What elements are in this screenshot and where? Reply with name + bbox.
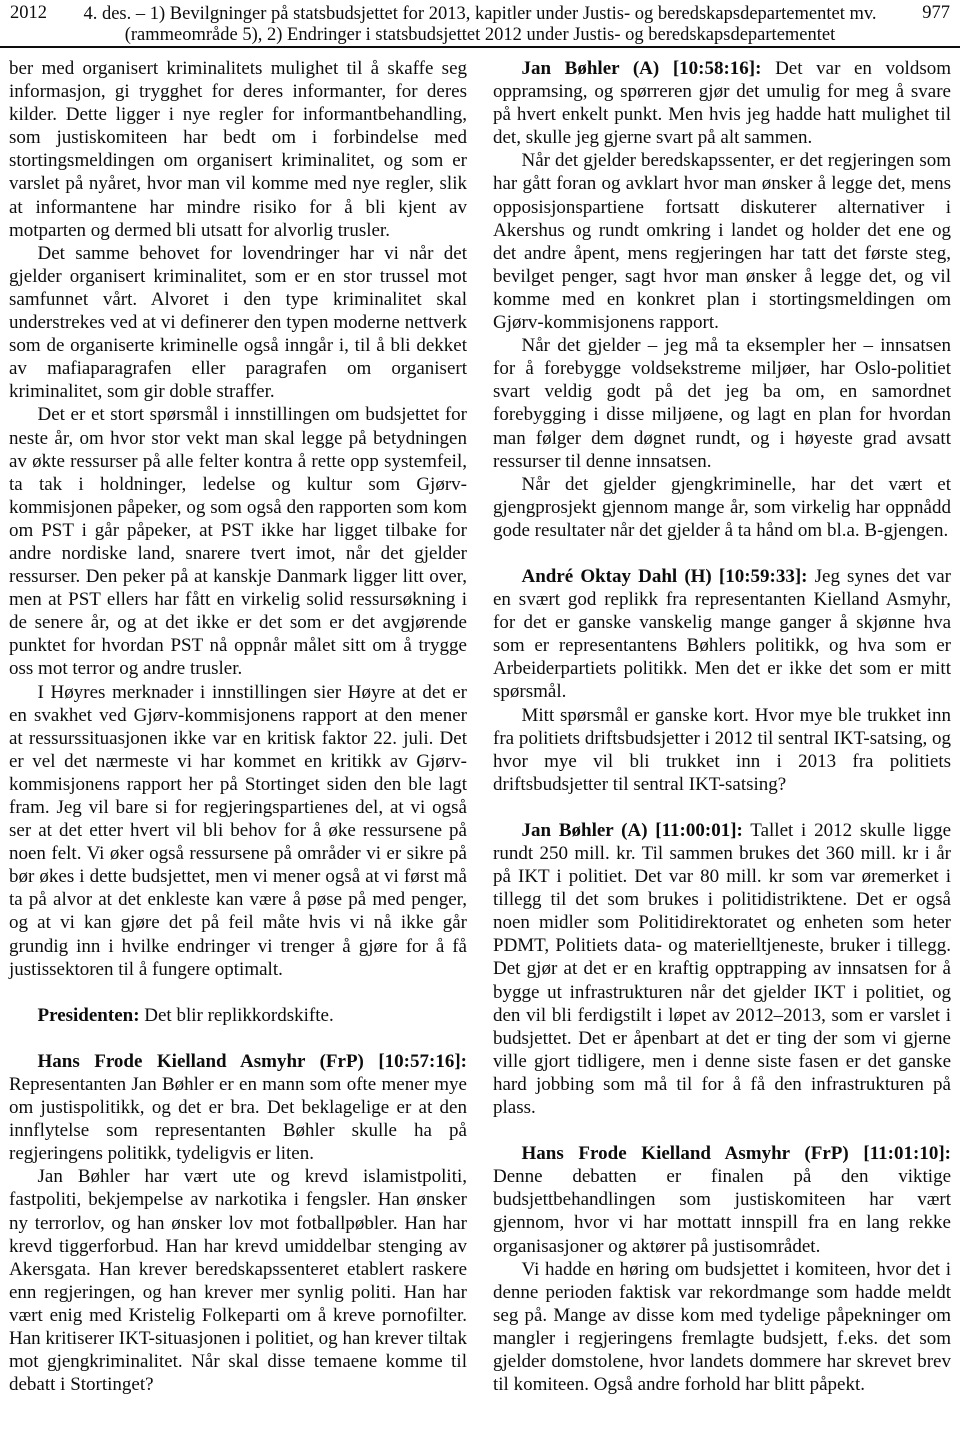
speaker-label: Jan Bøhler (A) [10:58:16]: <box>522 58 762 79</box>
speaker-label: Presidenten: <box>38 1005 140 1026</box>
body-paragraph: Det er et stort spørsmål i innstillingen… <box>9 403 467 680</box>
right-column: Jan Bøhler (A) [10:58:16]: Det var en vo… <box>493 57 951 1396</box>
header-title: 4. des. – 1) Bevilgninger på statsbudsje… <box>70 4 890 46</box>
left-column: ber med organisert kriminalitets mulighe… <box>9 57 467 1396</box>
body-paragraph: Vi hadde en høring om budsjettet i komit… <box>493 1258 951 1397</box>
speech-paragraph: Hans Frode Kielland Asmyhr (FrP) [11:01:… <box>493 1142 951 1257</box>
document-body: ber med organisert kriminalitets mulighe… <box>0 48 960 1396</box>
speech-paragraph: Jan Bøhler (A) [10:58:16]: Det var en vo… <box>493 57 951 149</box>
body-paragraph: Mitt spørsmål er ganske kort. Hvor mye b… <box>493 704 951 796</box>
page-number: 977 <box>922 3 950 24</box>
header-title-line1: 4. des. – 1) Bevilgninger på statsbudsje… <box>70 4 890 25</box>
body-paragraph: Når det gjelder beredskapssenter, er det… <box>493 149 951 334</box>
speech-paragraph: Jan Bøhler (A) [11:00:01]: Tallet i 2012… <box>493 819 951 1119</box>
speaker-label: Hans Frode Kielland Asmyhr (FrP) [10:57:… <box>38 1051 468 1072</box>
speech-paragraph: Hans Frode Kielland Asmyhr (FrP) [10:57:… <box>9 1050 467 1165</box>
body-paragraph: I Høyres merknader i innstillingen sier … <box>9 681 467 981</box>
header-year: 2012 <box>10 3 47 24</box>
page-header: 2012 4. des. – 1) Bevilgninger på statsb… <box>0 0 960 44</box>
body-paragraph: Når det gjelder – jeg må ta eksempler he… <box>493 334 951 473</box>
body-paragraph: Når det gjelder gjengkriminelle, har det… <box>493 473 951 542</box>
body-paragraph: Jan Bøhler har vært ute og krevd islamis… <box>9 1165 467 1396</box>
speaker-label: Hans Frode Kielland Asmyhr (FrP) [11:01:… <box>522 1143 952 1164</box>
body-paragraph: Det samme behovet for lovendringer har v… <box>9 242 467 404</box>
speech-paragraph: André Oktay Dahl (H) [10:59:33]: Jeg syn… <box>493 565 951 704</box>
speech-paragraph: Presidenten: Det blir replikkordskifte. <box>9 1004 467 1027</box>
body-paragraph: ber med organisert kriminalitets mulighe… <box>9 57 467 242</box>
speaker-label: Jan Bøhler (A) [11:00:01]: <box>522 820 743 841</box>
header-title-line2: (rammeområde 5), 2) Endringer i statsbud… <box>70 25 890 46</box>
speaker-label: André Oktay Dahl (H) [10:59:33]: <box>522 566 808 587</box>
